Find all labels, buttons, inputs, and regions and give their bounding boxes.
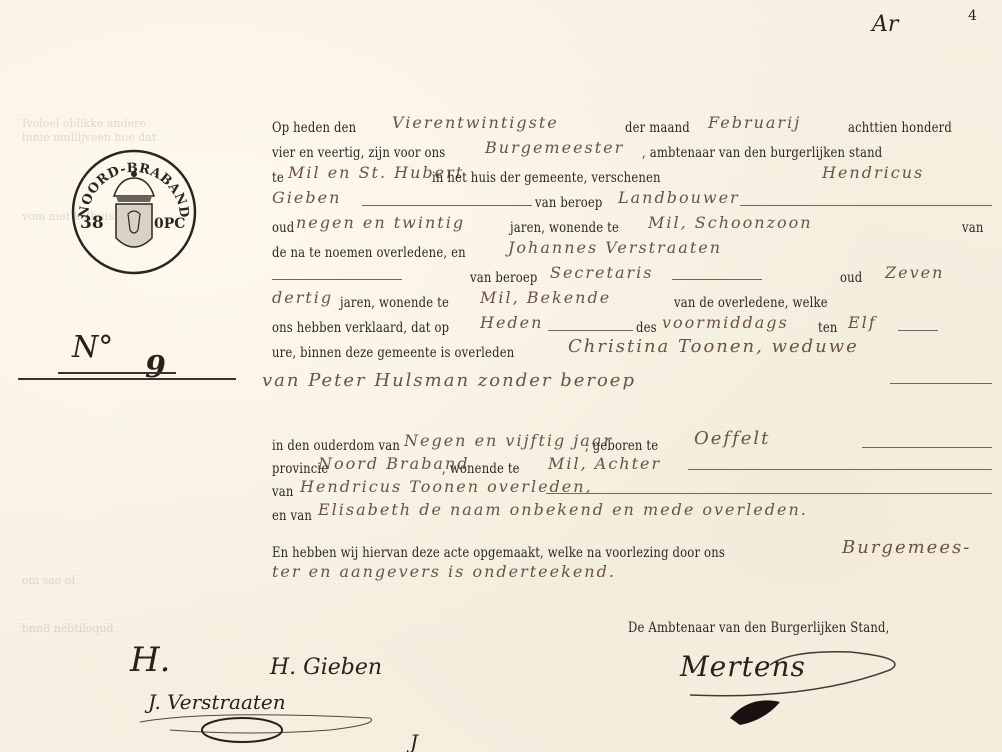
- act-number-label: N°: [72, 330, 113, 365]
- fill-line: [740, 205, 992, 206]
- handwritten-name: Johannes Verstraaten: [508, 238, 722, 257]
- printed-text: ten: [818, 320, 838, 336]
- handwritten-official: Burgemeester: [485, 138, 624, 157]
- printed-text: Op heden den: [272, 120, 356, 136]
- handwritten-mother: Elisabeth de naam onbekend en mede overl…: [318, 500, 808, 519]
- printed-text: van de overledene, welke: [674, 295, 828, 311]
- printed-text: ure, binnen deze gemeente is overleden: [272, 345, 514, 361]
- printed-text: van beroep: [535, 195, 603, 211]
- handwritten-birthplace: Oeffelt: [694, 428, 770, 449]
- page-mark: Ar: [872, 12, 898, 37]
- printed-text: te: [272, 170, 284, 186]
- printed-text: en van: [272, 508, 312, 524]
- page-number: 4: [968, 8, 977, 24]
- printed-text: jaren, wonende te: [340, 295, 449, 311]
- signature-flourish-icon: [130, 680, 390, 750]
- handwritten-closing: ter en aangevers is onderteekend.: [272, 562, 616, 581]
- stamp-value-right: 0PC: [154, 216, 185, 232]
- handwritten-deceased-detail: van Peter Hulsman zonder beroep: [262, 370, 636, 391]
- handwritten-official: Burgemees-: [842, 537, 971, 558]
- act-number-underline: [18, 378, 236, 380]
- printed-text: in den ouderdom van: [272, 438, 400, 454]
- handwritten-age: dertig: [272, 288, 333, 307]
- handwritten-residence: Mil, Schoonzoon: [648, 213, 813, 232]
- printed-text: oud: [272, 220, 294, 236]
- printed-text: des: [636, 320, 657, 336]
- handwritten-surname: Gieben: [272, 188, 341, 207]
- printed-text: in het huis der gemeente, verschenen: [432, 170, 661, 186]
- printed-text: ons hebben verklaard, dat op: [272, 320, 449, 336]
- bleed-through-text: om sao ol: [22, 574, 75, 587]
- printed-text: van beroep: [470, 270, 538, 286]
- handwritten-residence: Mil, Bekende: [480, 288, 611, 307]
- bleed-through-text: lnnie mullijveen hoe dat: [22, 131, 156, 144]
- fill-line: [272, 279, 402, 280]
- cut-off-handwriting: J: [410, 730, 418, 752]
- signature-declarant-1: H. Gieben: [270, 655, 382, 680]
- handwritten-occupation: Secretaris: [550, 263, 653, 282]
- handwritten-time-of-day: voormiddags: [662, 313, 789, 332]
- fill-line: [898, 330, 938, 331]
- handwritten-deceased-name: Christina Toonen, weduwe: [568, 336, 859, 357]
- printed-text: vier en veertig, zijn voor ons: [272, 145, 445, 161]
- handwritten-age: negen en twintig: [296, 213, 465, 232]
- bleed-through-text: bnn8 nebtiloqud: [22, 622, 114, 635]
- printed-text: oud: [840, 270, 862, 286]
- handwritten-name: Hendricus: [822, 163, 924, 182]
- printed-text: achttien honderd: [848, 120, 952, 136]
- handwritten-age: Negen en vijftig jaar: [404, 431, 613, 450]
- handwritten-date: Heden: [480, 313, 543, 332]
- stamp-value-left: 38: [80, 213, 104, 233]
- tax-stamp: NOORD-BRABAND 38 0PC: [70, 148, 198, 276]
- handwritten-month: Februarij: [708, 113, 801, 132]
- handwritten-hour: Elf: [848, 313, 877, 332]
- handwritten-day: Vierentwintigste: [392, 113, 559, 132]
- fill-line: [546, 493, 992, 494]
- act-number-underline: [58, 372, 176, 374]
- handwritten-age: Zeven: [885, 263, 944, 282]
- printed-text: der maand: [625, 120, 690, 136]
- fill-line: [688, 469, 992, 470]
- signature-declarant-1-initial: H.: [130, 640, 170, 680]
- fill-line: [862, 447, 992, 448]
- signature-official-flourish-icon: [670, 640, 930, 730]
- handwritten-occupation: Landbouwer: [618, 188, 740, 207]
- printed-text: van: [272, 484, 293, 500]
- printed-text: En hebben wij hiervan deze acte opgemaak…: [272, 545, 725, 561]
- fill-line: [548, 330, 633, 331]
- fill-line: [890, 383, 992, 384]
- printed-text: , geboren te: [585, 438, 658, 454]
- bleed-through-text: Ivoloel oblikke andere: [22, 117, 146, 130]
- printed-text: de na te noemen overledene, en: [272, 245, 466, 261]
- crown-lion-stamp-icon: NOORD-BRABAND 38 0PC: [70, 148, 198, 276]
- fill-line: [672, 279, 762, 280]
- printed-text: , ambtenaar van den burgerlijken stand: [642, 145, 882, 161]
- handwritten-residence: Mil, Achter: [548, 454, 661, 473]
- printed-text: van: [962, 220, 983, 236]
- printed-text: , wonende te: [442, 461, 520, 477]
- printed-text: jaren, wonende te: [510, 220, 619, 236]
- official-title: De Ambtenaar van den Burgerlijken Stand,: [628, 620, 889, 636]
- fill-line: [362, 205, 532, 206]
